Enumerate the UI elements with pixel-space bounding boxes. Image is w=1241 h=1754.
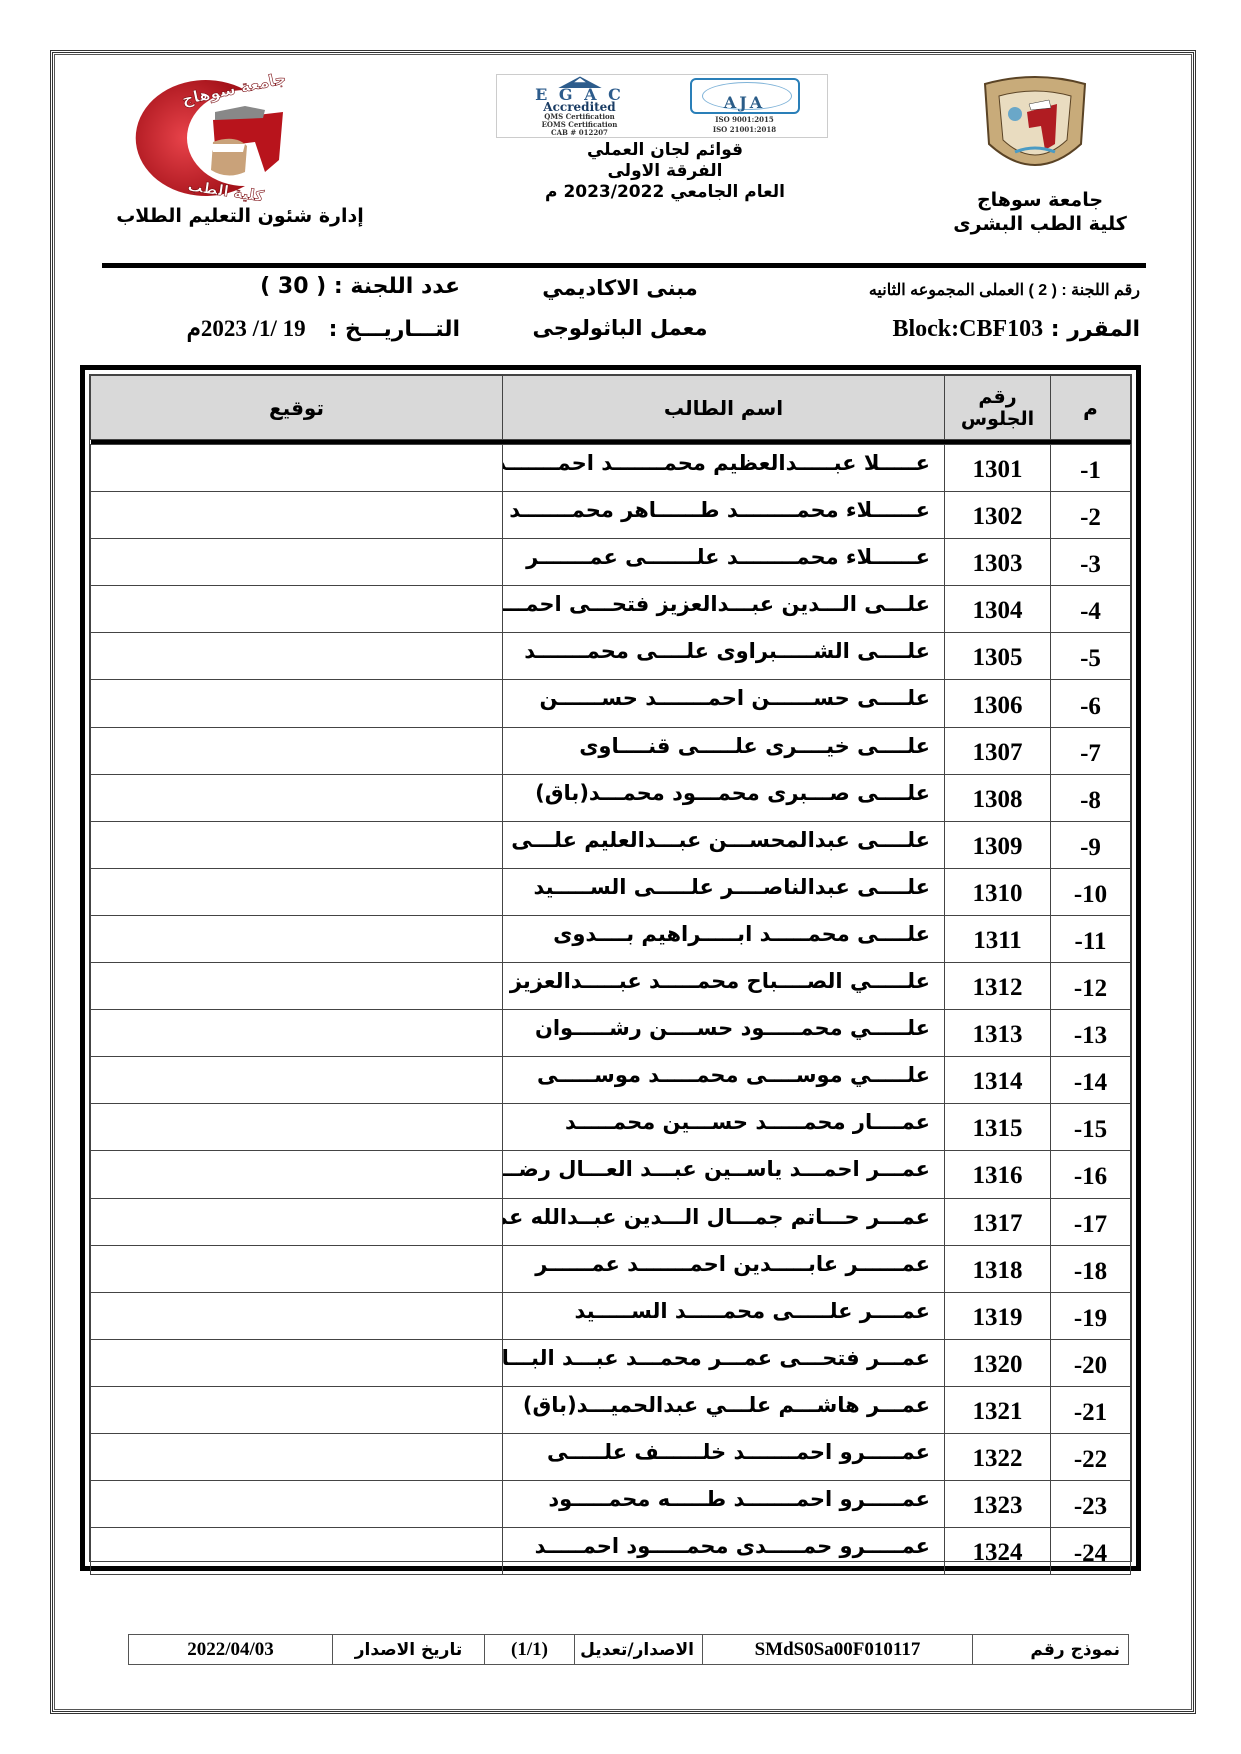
seat-number: 1315 (945, 1104, 1051, 1151)
aja-globe-icon: AJA (690, 78, 800, 114)
signature-field[interactable] (91, 1010, 503, 1057)
student-name: عمـــــرو احمـــــــد طـــــه محمـــــود (503, 1481, 945, 1528)
committee-number: رقم اللجنة : ( 2 ) العملى المجموعه الثان… (820, 280, 1140, 300)
seat-number: 1320 (945, 1339, 1051, 1386)
table-row: -151315عمــــار محمـــــد حســـين محمـــ… (91, 1104, 1131, 1151)
svg-text:كلية الطب: كلية الطب (187, 177, 266, 202)
seat-number: 1314 (945, 1057, 1051, 1104)
seat-number: 1307 (945, 727, 1051, 774)
issue-date-label: تاريخ الاصدار (333, 1635, 485, 1665)
table-row: -51305علــــى الشـــــبراوى علــــى محمـ… (91, 633, 1131, 680)
student-name: عمـــــرو حمـــــدى محمـــــود احمـــــد (503, 1528, 945, 1575)
seat-number: 1324 (945, 1528, 1051, 1575)
signature-field[interactable] (91, 1151, 503, 1198)
table-row: -221322عمـــــرو احمـــــــد خلــــــف ع… (91, 1433, 1131, 1480)
university-logo (975, 74, 1095, 184)
table-row: -21302عــــــلاء محمــــــــد طــــــاهر… (91, 492, 1131, 539)
signature-field[interactable] (91, 868, 503, 915)
course-field: المقرر : Block:CBF103 (840, 316, 1140, 343)
row-index: -3 (1051, 539, 1131, 586)
seat-number: 1309 (945, 821, 1051, 868)
student-name: عـــــلا عبـــــدالعظيم محمـــــــد احمـ… (503, 445, 945, 492)
university-name: جامعة سوهاج (950, 188, 1130, 212)
table-row: -31303عــــــلاء محمــــــــد علـــــــى… (91, 539, 1131, 586)
row-index: -7 (1051, 727, 1131, 774)
student-name: عمـــــرو احمـــــــد خلــــــف علـــــى (503, 1433, 945, 1480)
student-name: علــــى حســــــن احمـــــــد حســــــن (503, 680, 945, 727)
seat-number: 1306 (945, 680, 1051, 727)
document-title-block: قوائم لجان العملي الفرقة الاولى العام ال… (500, 140, 830, 203)
row-index: -16 (1051, 1151, 1131, 1198)
signature-field[interactable] (91, 1104, 503, 1151)
table-row: -101310علــــى عبدالناصــــر علـــــى ال… (91, 868, 1131, 915)
seat-number: 1323 (945, 1481, 1051, 1528)
certification-logos: E G A C Accredited QMS Certification EOM… (496, 74, 828, 138)
date-value: 19 /1/ 2023م (187, 316, 306, 341)
student-name: عمـــر حـــاتم جمـــال الـــدين عبــدالل… (503, 1198, 945, 1245)
col-header-signature: توقيع (91, 376, 503, 440)
student-name: علــــى صـــبرى محمـــود محمـــد(باق) (503, 774, 945, 821)
building-name: مبنى الاكاديمي (540, 276, 700, 300)
table-row: -91309علــــى عبدالمحســـن عبـــدالعليم … (91, 821, 1131, 868)
table-header-row: م رقم الجلوس اسم الطالب توقيع (91, 376, 1131, 440)
table-row: -231323عمـــــرو احمـــــــد طـــــه محم… (91, 1481, 1131, 1528)
row-index: -1 (1051, 445, 1131, 492)
row-index: -11 (1051, 915, 1131, 962)
course-code: Block:CBF103 (892, 316, 1043, 342)
signature-field[interactable] (91, 492, 503, 539)
student-name: عــــــلاء محمــــــــد طــــــاهر محمــ… (503, 492, 945, 539)
table-row: -131313علـــــي محمـــــود حســــن رشـــ… (91, 1010, 1131, 1057)
table-row: -11301عـــــلا عبـــــدالعظيم محمـــــــ… (91, 445, 1131, 492)
student-name: علــــى عبدالناصــــر علـــــى الســـــي… (503, 868, 945, 915)
signature-field[interactable] (91, 963, 503, 1010)
course-label: المقرر : (1043, 317, 1140, 342)
row-index: -13 (1051, 1010, 1131, 1057)
row-index: -21 (1051, 1386, 1131, 1433)
table-row: -171317عمـــر حـــاتم جمـــال الـــدين ع… (91, 1198, 1131, 1245)
row-index: -4 (1051, 586, 1131, 633)
header-divider (102, 263, 1146, 268)
col-header-index: م (1051, 376, 1131, 440)
seat-number: 1318 (945, 1245, 1051, 1292)
student-name: علــــى الشـــــبراوى علــــى محمـــــــ… (503, 633, 945, 680)
row-index: -24 (1051, 1528, 1131, 1575)
signature-field[interactable] (91, 915, 503, 962)
row-index: -6 (1051, 680, 1131, 727)
form-footer: نموذج رقم SMdS0Sa00F010117 الاصدار/تعديل… (128, 1634, 1129, 1665)
roster-table: م رقم الجلوس اسم الطالب توقيع -11301عـــ… (90, 375, 1131, 1575)
seat-number: 1308 (945, 774, 1051, 821)
table-row: -181318عمــــــر عابـــــدين احمـــــــد… (91, 1245, 1131, 1292)
col-header-seat: رقم الجلوس (945, 376, 1051, 440)
table-row: -191319عمــــر علـــــى محمـــــد الســـ… (91, 1292, 1131, 1339)
form-number-label: نموذج رقم (973, 1635, 1129, 1665)
row-index: -20 (1051, 1339, 1131, 1386)
signature-field[interactable] (91, 774, 503, 821)
signature-field[interactable] (91, 1528, 503, 1575)
seat-number: 1317 (945, 1198, 1051, 1245)
signature-field[interactable] (91, 1198, 503, 1245)
aja-logo: AJA ISO 9001:2015 ISO 21001:2018 (662, 75, 827, 137)
signature-field[interactable] (91, 1339, 503, 1386)
version-value: (1/1) (485, 1635, 575, 1665)
seat-number: 1322 (945, 1433, 1051, 1480)
student-name: عمـــر احمـــد ياســين عبـــد العـــال ر… (503, 1151, 945, 1198)
seat-number: 1313 (945, 1010, 1051, 1057)
year-level: الفرقة الاولى (500, 161, 830, 182)
row-index: -22 (1051, 1433, 1131, 1480)
seat-number: 1319 (945, 1292, 1051, 1339)
table-row: -241324عمـــــرو حمـــــدى محمـــــود اح… (91, 1528, 1131, 1575)
signature-field[interactable] (91, 1245, 503, 1292)
table-row: -81308علــــى صـــبرى محمـــود محمـــد(ب… (91, 774, 1131, 821)
signature-field[interactable] (91, 1433, 503, 1480)
table-row: -71307علــــى خيــــرى علـــــى قنــــاو… (91, 727, 1131, 774)
form-number-value: SMdS0Sa00F010117 (703, 1635, 973, 1665)
signature-field[interactable] (91, 727, 503, 774)
row-index: -14 (1051, 1057, 1131, 1104)
date-label: التـــاريـــخ : (321, 317, 460, 342)
seat-number: 1310 (945, 868, 1051, 915)
signature-field[interactable] (91, 633, 503, 680)
student-name: عمــــــر عابـــــدين احمـــــــد عمــــ… (503, 1245, 945, 1292)
student-name: علــــى محمـــــد ابـــــراهيم بــــدوى (503, 915, 945, 962)
table-row: -141314علـــــي موســــى محمـــــد موســ… (91, 1057, 1131, 1104)
seat-number: 1301 (945, 445, 1051, 492)
signature-field[interactable] (91, 1481, 503, 1528)
student-name: عمــــار محمـــــد حســـين محمـــــد (503, 1104, 945, 1151)
col-header-name: اسم الطالب (503, 376, 945, 440)
table-row: -121312علـــــي الصــــباح محمـــــد عبـ… (91, 963, 1131, 1010)
document-title: قوائم لجان العملي (500, 140, 830, 161)
student-name: علــــى خيــــرى علـــــى قنــــاوى (503, 727, 945, 774)
table-row: -61306علــــى حســــــن احمـــــــد حســ… (91, 680, 1131, 727)
row-index: -9 (1051, 821, 1131, 868)
signature-field[interactable] (91, 586, 503, 633)
signature-field[interactable] (91, 539, 503, 586)
signature-field[interactable] (91, 1386, 503, 1433)
signature-field[interactable] (91, 445, 503, 492)
university-caption: جامعة سوهاج كلية الطب البشرى (950, 188, 1130, 236)
version-label: الاصدار/تعديل (575, 1635, 703, 1665)
date-field: التـــاريـــخ : 19 /1/ 2023م (160, 316, 460, 342)
seat-number: 1304 (945, 586, 1051, 633)
faculty-logo: جامعة سوهاج كلية الطب (115, 72, 315, 202)
row-index: -17 (1051, 1198, 1131, 1245)
table-row: -111311علــــى محمـــــد ابـــــراهيم بـ… (91, 915, 1131, 962)
student-name: عــــــلاء محمــــــــد علـــــــى عمـــ… (503, 539, 945, 586)
student-name: علـــــي محمـــــود حســــن رشـــــوان (503, 1010, 945, 1057)
egac-logo: E G A C Accredited QMS Certification EOM… (497, 75, 662, 137)
row-index: -10 (1051, 868, 1131, 915)
row-index: -15 (1051, 1104, 1131, 1151)
row-index: -5 (1051, 633, 1131, 680)
row-index: -19 (1051, 1292, 1131, 1339)
student-name: عمـــر هاشـــم علـــي عبدالحميـــد(باق) (503, 1386, 945, 1433)
student-name: علــــى عبدالمحســـن عبـــدالعليم علـــى (503, 821, 945, 868)
seat-number: 1303 (945, 539, 1051, 586)
table-row: -211321عمـــر هاشـــم علـــي عبدالحميـــ… (91, 1386, 1131, 1433)
academic-year: العام الجامعي 2023/2022 م (500, 182, 830, 203)
student-name: عمــــر علـــــى محمـــــد الســـــيد (503, 1292, 945, 1339)
seat-number: 1321 (945, 1386, 1051, 1433)
row-index: -18 (1051, 1245, 1131, 1292)
lab-name: معمل الباثولوجى (530, 316, 710, 340)
signature-field[interactable] (91, 1057, 503, 1104)
student-name: علـــــي الصــــباح محمـــــد عبـــــدال… (503, 963, 945, 1010)
row-index: -23 (1051, 1481, 1131, 1528)
seat-number: 1316 (945, 1151, 1051, 1198)
committee-count: عدد اللجنة : ( 30 ) (200, 274, 460, 299)
table-row: -201320عمـــر فتحـــى عمـــر محمـــد عبـ… (91, 1339, 1131, 1386)
seat-number: 1311 (945, 915, 1051, 962)
signature-field[interactable] (91, 680, 503, 727)
faculty-name: كلية الطب البشرى (950, 212, 1130, 236)
issue-date-value: 2022/04/03 (129, 1635, 333, 1665)
row-index: -12 (1051, 963, 1131, 1010)
seat-number: 1305 (945, 633, 1051, 680)
department-caption: إدارة شئون التعليم الطلاب (110, 205, 370, 227)
seat-number: 1302 (945, 492, 1051, 539)
faculty-crescent-logo-icon: جامعة سوهاج كلية الطب (115, 72, 315, 202)
student-name: علـــى الـــدين عبـــدالعزيز فتحـــى احم… (503, 586, 945, 633)
signature-field[interactable] (91, 821, 503, 868)
row-index: -8 (1051, 774, 1131, 821)
row-index: -2 (1051, 492, 1131, 539)
table-row: -41304علـــى الـــدين عبـــدالعزيز فتحــ… (91, 586, 1131, 633)
seat-number: 1312 (945, 963, 1051, 1010)
student-name: علـــــي موســــى محمـــــد موســـــى (503, 1057, 945, 1104)
university-shield-icon (975, 74, 1095, 184)
roster-table-frame: م رقم الجلوس اسم الطالب توقيع -11301عـــ… (80, 365, 1141, 1571)
svg-text:جامعة سوهاج: جامعة سوهاج (180, 72, 288, 109)
student-name: عمـــر فتحـــى عمـــر محمـــد عبـــد الب… (503, 1339, 945, 1386)
table-row: -161316عمـــر احمـــد ياســين عبـــد الع… (91, 1151, 1131, 1198)
signature-field[interactable] (91, 1292, 503, 1339)
